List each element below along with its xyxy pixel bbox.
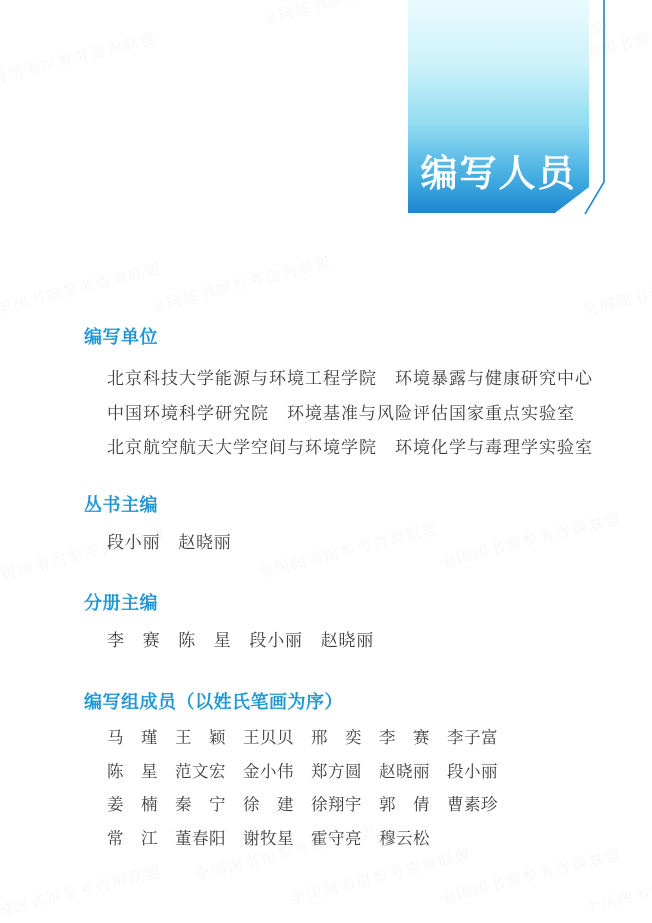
unit-line: 中国环境科学研究院 环境基准与风险评估国家重点实验室: [107, 397, 593, 432]
series-editors-list: 段小丽 赵晓丽: [107, 526, 232, 561]
watermark-text: 全国图书馆参考咨询联盟: [0, 860, 164, 923]
watermark-text: 全国图书馆参考咨询联盟: [255, 517, 442, 583]
section-writing-units: 编写单位 北京科技大学能源与环境工程学院 环境暴露与健康研究中心 中国环境科学研…: [84, 323, 593, 466]
watermark-text: 全国图书馆参考咨询联盟: [147, 251, 334, 317]
section-heading-volume-editors: 分册主编: [84, 589, 374, 615]
volume-editors-list: 李 赛 陈 星 段小丽 赵晓丽: [107, 624, 374, 659]
section-writing-group-members: 编写组成员（以姓氏笔画为序） 马 瑾 王 颖 王贝贝 邢 奕 李 赛 李子富 陈…: [84, 688, 498, 856]
section-heading-members: 编写组成员（以姓氏笔画为序）: [84, 688, 498, 714]
name-row: 常 江 董春阳 谢牧星 霍守亮 穆云松: [107, 823, 498, 857]
chapter-banner-title: 编写人员: [421, 143, 577, 197]
section-volume-editors: 分册主编 李 赛 陈 星 段小丽 赵晓丽: [84, 589, 374, 659]
units-list: 北京科技大学能源与环境工程学院 环境暴露与健康研究中心 中国环境科学研究院 环境…: [107, 362, 593, 466]
section-heading-series-editors: 丛书主编: [84, 491, 232, 517]
watermark-text: 全国图书馆参考咨询联盟: [582, 853, 652, 919]
book-page: 全国图书馆参考咨询联盟 全国图书馆参考咨询联盟 全国图书馆参考咨询联盟 全国图书…: [0, 0, 652, 923]
name-row: 段小丽 赵晓丽: [107, 526, 232, 561]
watermark-text: 全国图书馆参考咨询联盟: [580, 255, 652, 321]
unit-line: 北京航空航天大学空间与环境学院 环境化学与毒理学实验室: [107, 431, 593, 466]
watermark-text: 全国图书馆参考咨询联盟: [437, 507, 624, 573]
name-row: 姜 楠 秦 宁 徐 建 徐翔宇 郭 倩 曹素珍: [107, 789, 498, 823]
chapter-banner: 编写人员: [408, 0, 589, 213]
members-list: 马 瑾 王 颖 王贝贝 邢 奕 李 赛 李子富 陈 星 范文宏 金小伟 郑方圆 …: [107, 722, 498, 856]
unit-line: 北京科技大学能源与环境工程学院 环境暴露与健康研究中心: [107, 362, 593, 397]
watermark-text: 全国图书馆参考咨询联盟: [0, 257, 164, 323]
watermark-text: 全国图书馆参考咨询联盟: [0, 27, 159, 93]
section-series-editors: 丛书主编 段小丽 赵晓丽: [84, 491, 232, 561]
name-row: 陈 星 范文宏 金小伟 郑方圆 赵晓丽 段小丽: [107, 756, 498, 790]
name-row: 李 赛 陈 星 段小丽 赵晓丽: [107, 624, 374, 659]
section-heading-units: 编写单位: [84, 323, 593, 349]
name-row: 马 瑾 王 颖 王贝贝 邢 奕 李 赛 李子富: [107, 722, 498, 756]
